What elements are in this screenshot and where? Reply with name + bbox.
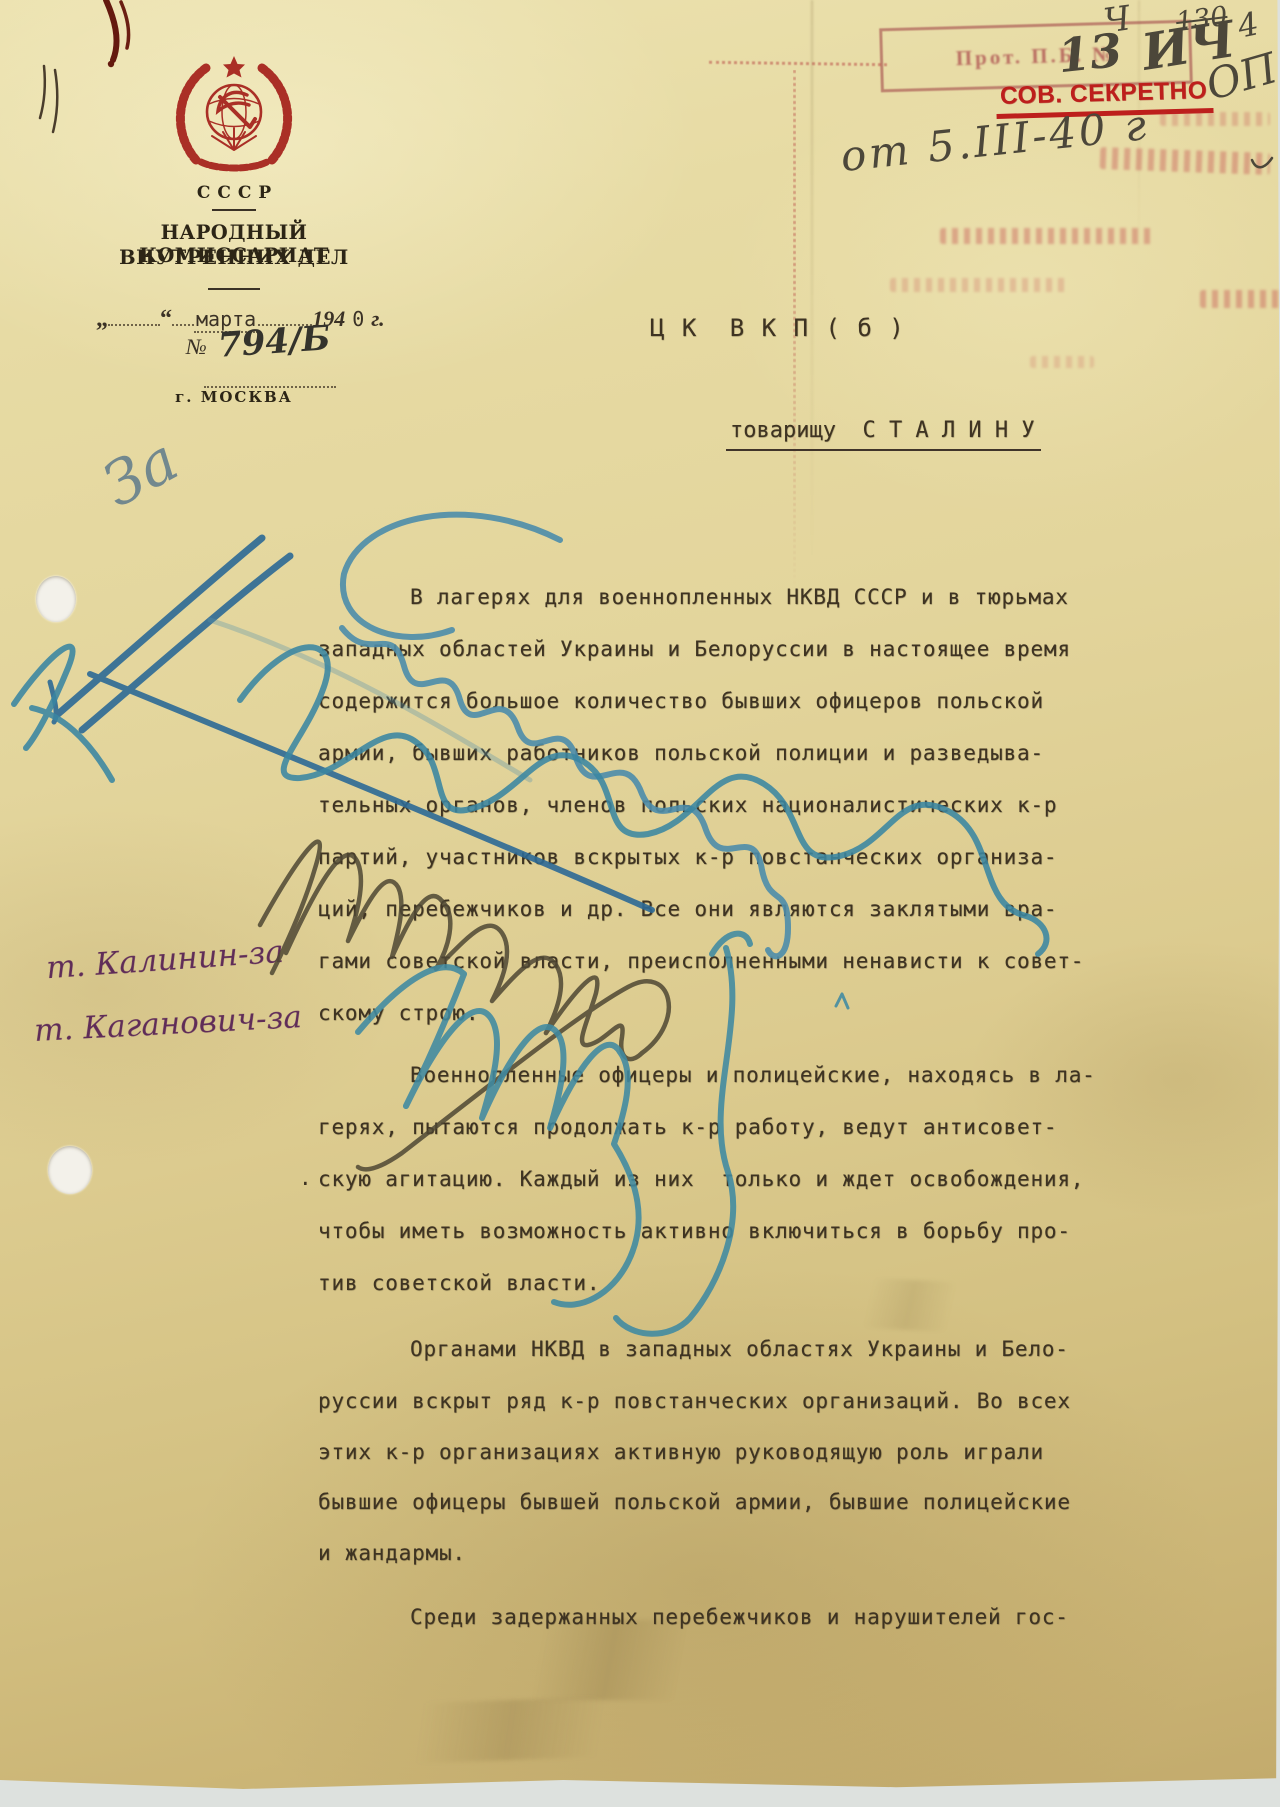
signatures-overlay <box>0 0 1280 1807</box>
signature-mikoyan <box>358 934 848 1334</box>
signature-stalin <box>50 515 788 957</box>
document-scan: СССР НАРОДНЫЙ КОМИССАРИАТ ВНУТРЕННИХ ДЕЛ… <box>0 0 1280 1807</box>
signature-voroshilov <box>14 647 1047 954</box>
